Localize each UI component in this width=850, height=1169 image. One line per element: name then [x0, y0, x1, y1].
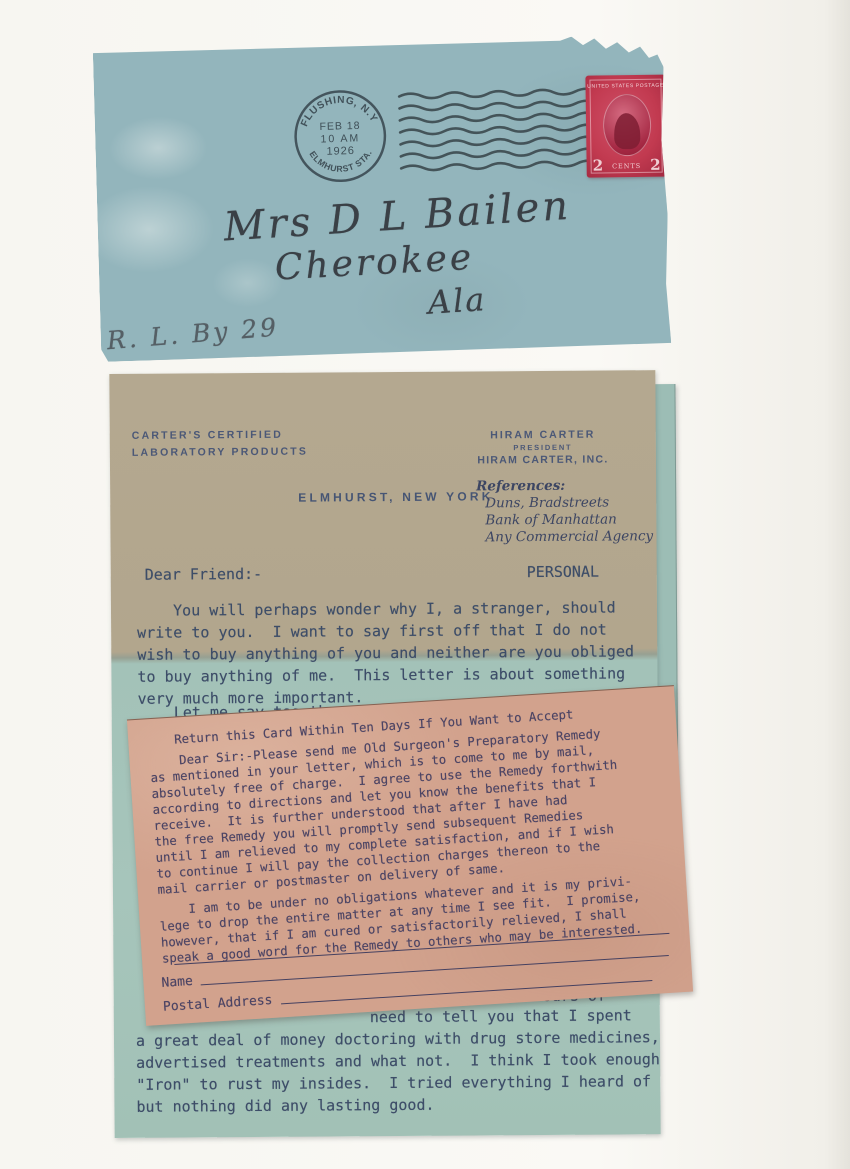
references-label: References: — [476, 476, 653, 495]
text-line: Duns, Bradstreets — [476, 494, 653, 512]
stamp-oval — [603, 94, 652, 157]
letterhead-officer: HIRAM CARTER PRESIDENT HIRAM CARTER, INC… — [468, 428, 618, 467]
text-line: but nothing did any lasting good. — [136, 1092, 660, 1118]
postmark-year: 1926 — [326, 145, 355, 158]
reply-card: Return this Card Within Ten Days If You … — [127, 685, 693, 1026]
pencil-notation: R. L. By 29 — [106, 312, 280, 355]
envelope: FLUSHING, N.Y. ELMHURST STA. FEB 18 10 A… — [93, 34, 671, 362]
stamp-value-left: 2 — [593, 159, 604, 172]
text-line: LABORATORY PRODUCTS — [132, 444, 308, 462]
text-line: "Iron" to rust my insides. I tried every… — [136, 1070, 660, 1096]
text-line: to buy anything of me. This letter is ab… — [137, 662, 634, 687]
letterhead-company: CARTER'S CERTIFIEDLABORATORY PRODUCTS — [132, 427, 308, 462]
stamp-arc-text: UNITED STATES POSTAGE — [585, 83, 665, 90]
letterhead-references: References: Duns, BradstreetsBank of Man… — [476, 476, 653, 546]
stamp-value-right: 2 — [650, 159, 661, 172]
washington-portrait-icon — [614, 113, 641, 149]
letterhead-city: ELMHURST, NEW YORK — [298, 489, 493, 504]
salutation: Dear Friend:- — [145, 565, 263, 584]
postmark: FLUSHING, N.Y. ELMHURST STA. FEB 18 10 A… — [291, 87, 390, 186]
postage-stamp: UNITED STATES POSTAGE 2 CENTS 2 — [585, 75, 666, 178]
letter-bottom-paragraph: a great deal of money doctoring with dru… — [136, 1026, 660, 1118]
scanned-postal-photo: FLUSHING, N.Y. ELMHURST STA. FEB 18 10 A… — [0, 0, 850, 1169]
postmark-circle-icon: FLUSHING, N.Y. ELMHURST STA. FEB 18 10 A… — [291, 87, 390, 186]
stamp-unit: CENTS — [612, 162, 641, 172]
officer-name: HIRAM CARTER — [468, 428, 618, 442]
company-name: HIRAM CARTER, INC. — [468, 452, 618, 467]
text-line: CARTER'S CERTIFIED — [132, 427, 308, 445]
personal-tag: PERSONAL — [527, 563, 599, 582]
postal-address-label: Postal Address — [163, 993, 273, 1015]
text-line: Bank of Manhattan — [476, 511, 653, 529]
text-line: Any Commercial Agency — [476, 528, 653, 546]
card-paragraph-1: Dear Sir:-Please send me Old Surgeon's P… — [149, 722, 671, 898]
postmark-date: FEB 18 — [319, 120, 360, 133]
postmark-time: 10 AM — [320, 132, 360, 145]
references-list: Duns, BradstreetsBank of ManhattanAny Co… — [476, 494, 653, 546]
address-line-state: Ala — [427, 280, 488, 322]
